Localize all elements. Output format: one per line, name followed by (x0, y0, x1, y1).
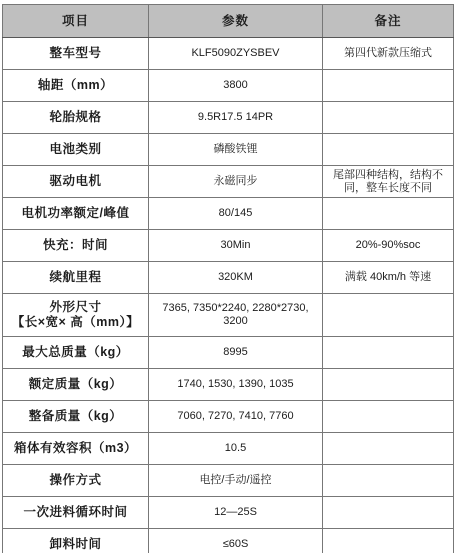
param-cell: ≤60S (149, 529, 323, 553)
header-param: 参数 (149, 5, 323, 38)
note-cell (323, 134, 454, 166)
item-cell: 卸料时间 (3, 529, 149, 553)
note-cell: 20%-90%soc (323, 230, 454, 262)
note-cell (323, 294, 454, 337)
table-row: 电机功率额定/峰值80/145 (3, 198, 454, 230)
item-cell: 最大总质量（kg） (3, 337, 149, 369)
note-cell (323, 70, 454, 102)
table-row: 轮胎规格9.5R17.5 14PR (3, 102, 454, 134)
spec-table-body: 整车型号KLF5090ZYSBEV第四代新款压缩式轴距（mm）3800轮胎规格9… (3, 38, 454, 553)
note-cell (323, 433, 454, 465)
param-cell: 320KM (149, 262, 323, 294)
note-cell (323, 529, 454, 553)
table-row: 整备质量（kg）7060, 7270, 7410, 7760 (3, 401, 454, 433)
item-cell: 外形尺寸【长×宽× 高（mm）】 (3, 294, 149, 337)
param-cell: 1740, 1530, 1390, 1035 (149, 369, 323, 401)
note-cell (323, 401, 454, 433)
item-cell: 箱体有效容积（m3） (3, 433, 149, 465)
note-cell (323, 102, 454, 134)
header-row: 项目 参数 备注 (3, 5, 454, 38)
note-cell (323, 369, 454, 401)
item-cell: 操作方式 (3, 465, 149, 497)
item-cell: 电池类别 (3, 134, 149, 166)
table-row: 电池类别磷酸铁锂 (3, 134, 454, 166)
note-cell (323, 198, 454, 230)
table-row: 额定质量（kg）1740, 1530, 1390, 1035 (3, 369, 454, 401)
table-row: 外形尺寸【长×宽× 高（mm）】7365, 7350*2240, 2280*27… (3, 294, 454, 337)
param-cell: 10.5 (149, 433, 323, 465)
param-cell: 7365, 7350*2240, 2280*2730, 3200 (149, 294, 323, 337)
item-cell: 轮胎规格 (3, 102, 149, 134)
item-cell: 整备质量（kg） (3, 401, 149, 433)
param-cell: 磷酸铁锂 (149, 134, 323, 166)
table-row: 驱动电机永磁同步尾部四种结构，结构不同，整车长度不同 (3, 166, 454, 198)
note-cell (323, 497, 454, 529)
note-cell: 满载 40km/h 等速 (323, 262, 454, 294)
param-cell: 12—25S (149, 497, 323, 529)
spec-table: 项目 参数 备注 整车型号KLF5090ZYSBEV第四代新款压缩式轴距（mm）… (2, 4, 454, 553)
param-cell: 电控/手动/遥控 (149, 465, 323, 497)
param-cell: 30Min (149, 230, 323, 262)
header-note: 备注 (323, 5, 454, 38)
item-cell: 续航里程 (3, 262, 149, 294)
table-row: 续航里程320KM满载 40km/h 等速 (3, 262, 454, 294)
spec-table-header: 项目 参数 备注 (3, 5, 454, 38)
item-cell: 额定质量（kg） (3, 369, 149, 401)
table-row: 快充：时间30Min20%-90%soc (3, 230, 454, 262)
param-cell: 80/145 (149, 198, 323, 230)
table-row: 最大总质量（kg）8995 (3, 337, 454, 369)
param-cell: 永磁同步 (149, 166, 323, 198)
note-cell (323, 337, 454, 369)
table-row: 整车型号KLF5090ZYSBEV第四代新款压缩式 (3, 38, 454, 70)
param-cell: 7060, 7270, 7410, 7760 (149, 401, 323, 433)
item-cell: 驱动电机 (3, 166, 149, 198)
table-row: 箱体有效容积（m3）10.5 (3, 433, 454, 465)
param-cell: 8995 (149, 337, 323, 369)
item-cell: 电机功率额定/峰值 (3, 198, 149, 230)
note-cell: 第四代新款压缩式 (323, 38, 454, 70)
item-cell: 快充：时间 (3, 230, 149, 262)
note-cell: 尾部四种结构，结构不同，整车长度不同 (323, 166, 454, 198)
item-cell: 整车型号 (3, 38, 149, 70)
table-row: 一次进料循环时间12—25S (3, 497, 454, 529)
table-row: 操作方式电控/手动/遥控 (3, 465, 454, 497)
header-item: 项目 (3, 5, 149, 38)
param-cell: 9.5R17.5 14PR (149, 102, 323, 134)
note-cell (323, 465, 454, 497)
param-cell: KLF5090ZYSBEV (149, 38, 323, 70)
item-cell: 一次进料循环时间 (3, 497, 149, 529)
table-row: 卸料时间≤60S (3, 529, 454, 553)
param-cell: 3800 (149, 70, 323, 102)
table-row: 轴距（mm）3800 (3, 70, 454, 102)
item-cell: 轴距（mm） (3, 70, 149, 102)
vehicle-spec-sheet: 项目 参数 备注 整车型号KLF5090ZYSBEV第四代新款压缩式轴距（mm）… (0, 0, 460, 553)
